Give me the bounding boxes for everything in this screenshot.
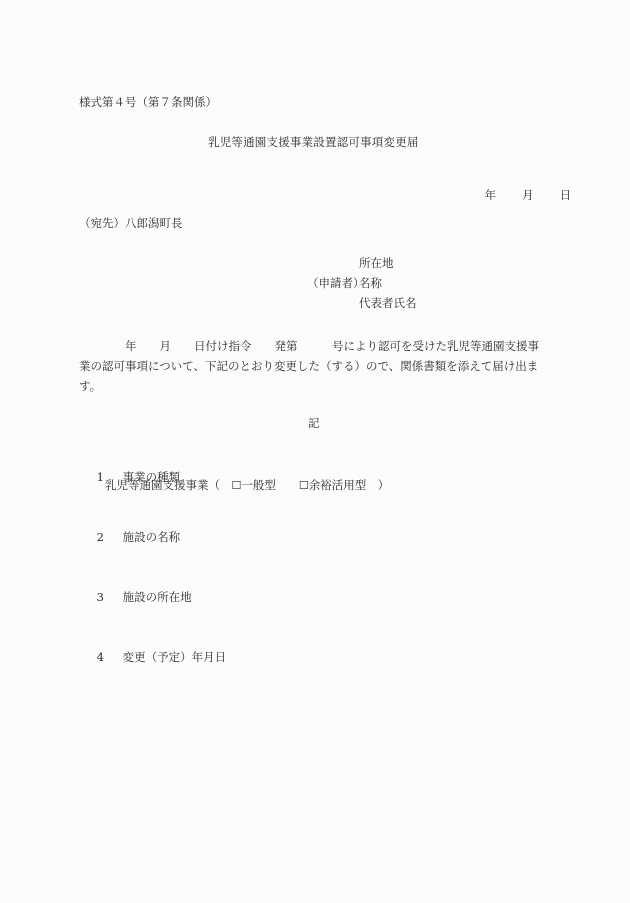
business-type-options: 乳児等通園支援事業（ ☐一般型 ☐余裕活用型 ） — [105, 480, 389, 492]
year-label: 年 — [485, 190, 497, 202]
checkbox-general-icon[interactable]: ☐ — [232, 479, 242, 492]
applicant-representative-label: 代表者氏名 — [359, 298, 417, 310]
item-change-date: 4変更（予定）年月日 — [79, 640, 226, 675]
business-type-suffix: ） — [366, 478, 389, 492]
item-number: 4 — [94, 652, 123, 664]
item-number: 3 — [94, 592, 123, 604]
item-number: 2 — [94, 532, 123, 544]
business-type-prefix: 乳児等通園支援事業（ — [105, 478, 232, 492]
item-facility-name: 2施設の名称 — [79, 520, 180, 555]
document-title: 乳児等通園支援事業設置認可事項変更届 — [208, 137, 419, 149]
body-line: 業の認可事項について、下記のとおり変更した（する）ので、関係書類を添えて届け出ま — [79, 356, 554, 376]
ki-heading: 記 — [308, 418, 320, 430]
item-facility-address: 3施設の所在地 — [79, 580, 192, 615]
applicant-role-label: （申請者） — [307, 278, 365, 290]
day-label: 日 — [560, 190, 572, 202]
date-line: 年月日 — [470, 178, 571, 213]
body-line: 年 月 日付け指令 発第 号により認可を受けた乳児等通園支援事 — [79, 336, 554, 356]
body-paragraph: 年 月 日付け指令 発第 号により認可を受けた乳児等通園支援事 業の認可事項につ… — [79, 336, 554, 396]
checkbox-surplus-icon[interactable]: ☐ — [299, 479, 309, 492]
option-surplus-label: 余裕活用型 — [309, 478, 367, 492]
applicant-name-label: 名称 — [359, 278, 382, 290]
option-general-label: 一般型 — [241, 478, 276, 492]
applicant-address-label: 所在地 — [359, 258, 394, 270]
item-label: 施設の所在地 — [123, 590, 192, 604]
options-spacer — [276, 478, 299, 492]
body-line: す。 — [79, 376, 554, 396]
addressee: （宛先）八郎潟町長 — [79, 218, 183, 230]
item-label: 施設の名称 — [123, 530, 181, 544]
month-label: 月 — [522, 190, 534, 202]
item-label: 変更（予定）年月日 — [123, 650, 227, 664]
form-number: 様式第４号（第７条関係） — [79, 97, 217, 109]
